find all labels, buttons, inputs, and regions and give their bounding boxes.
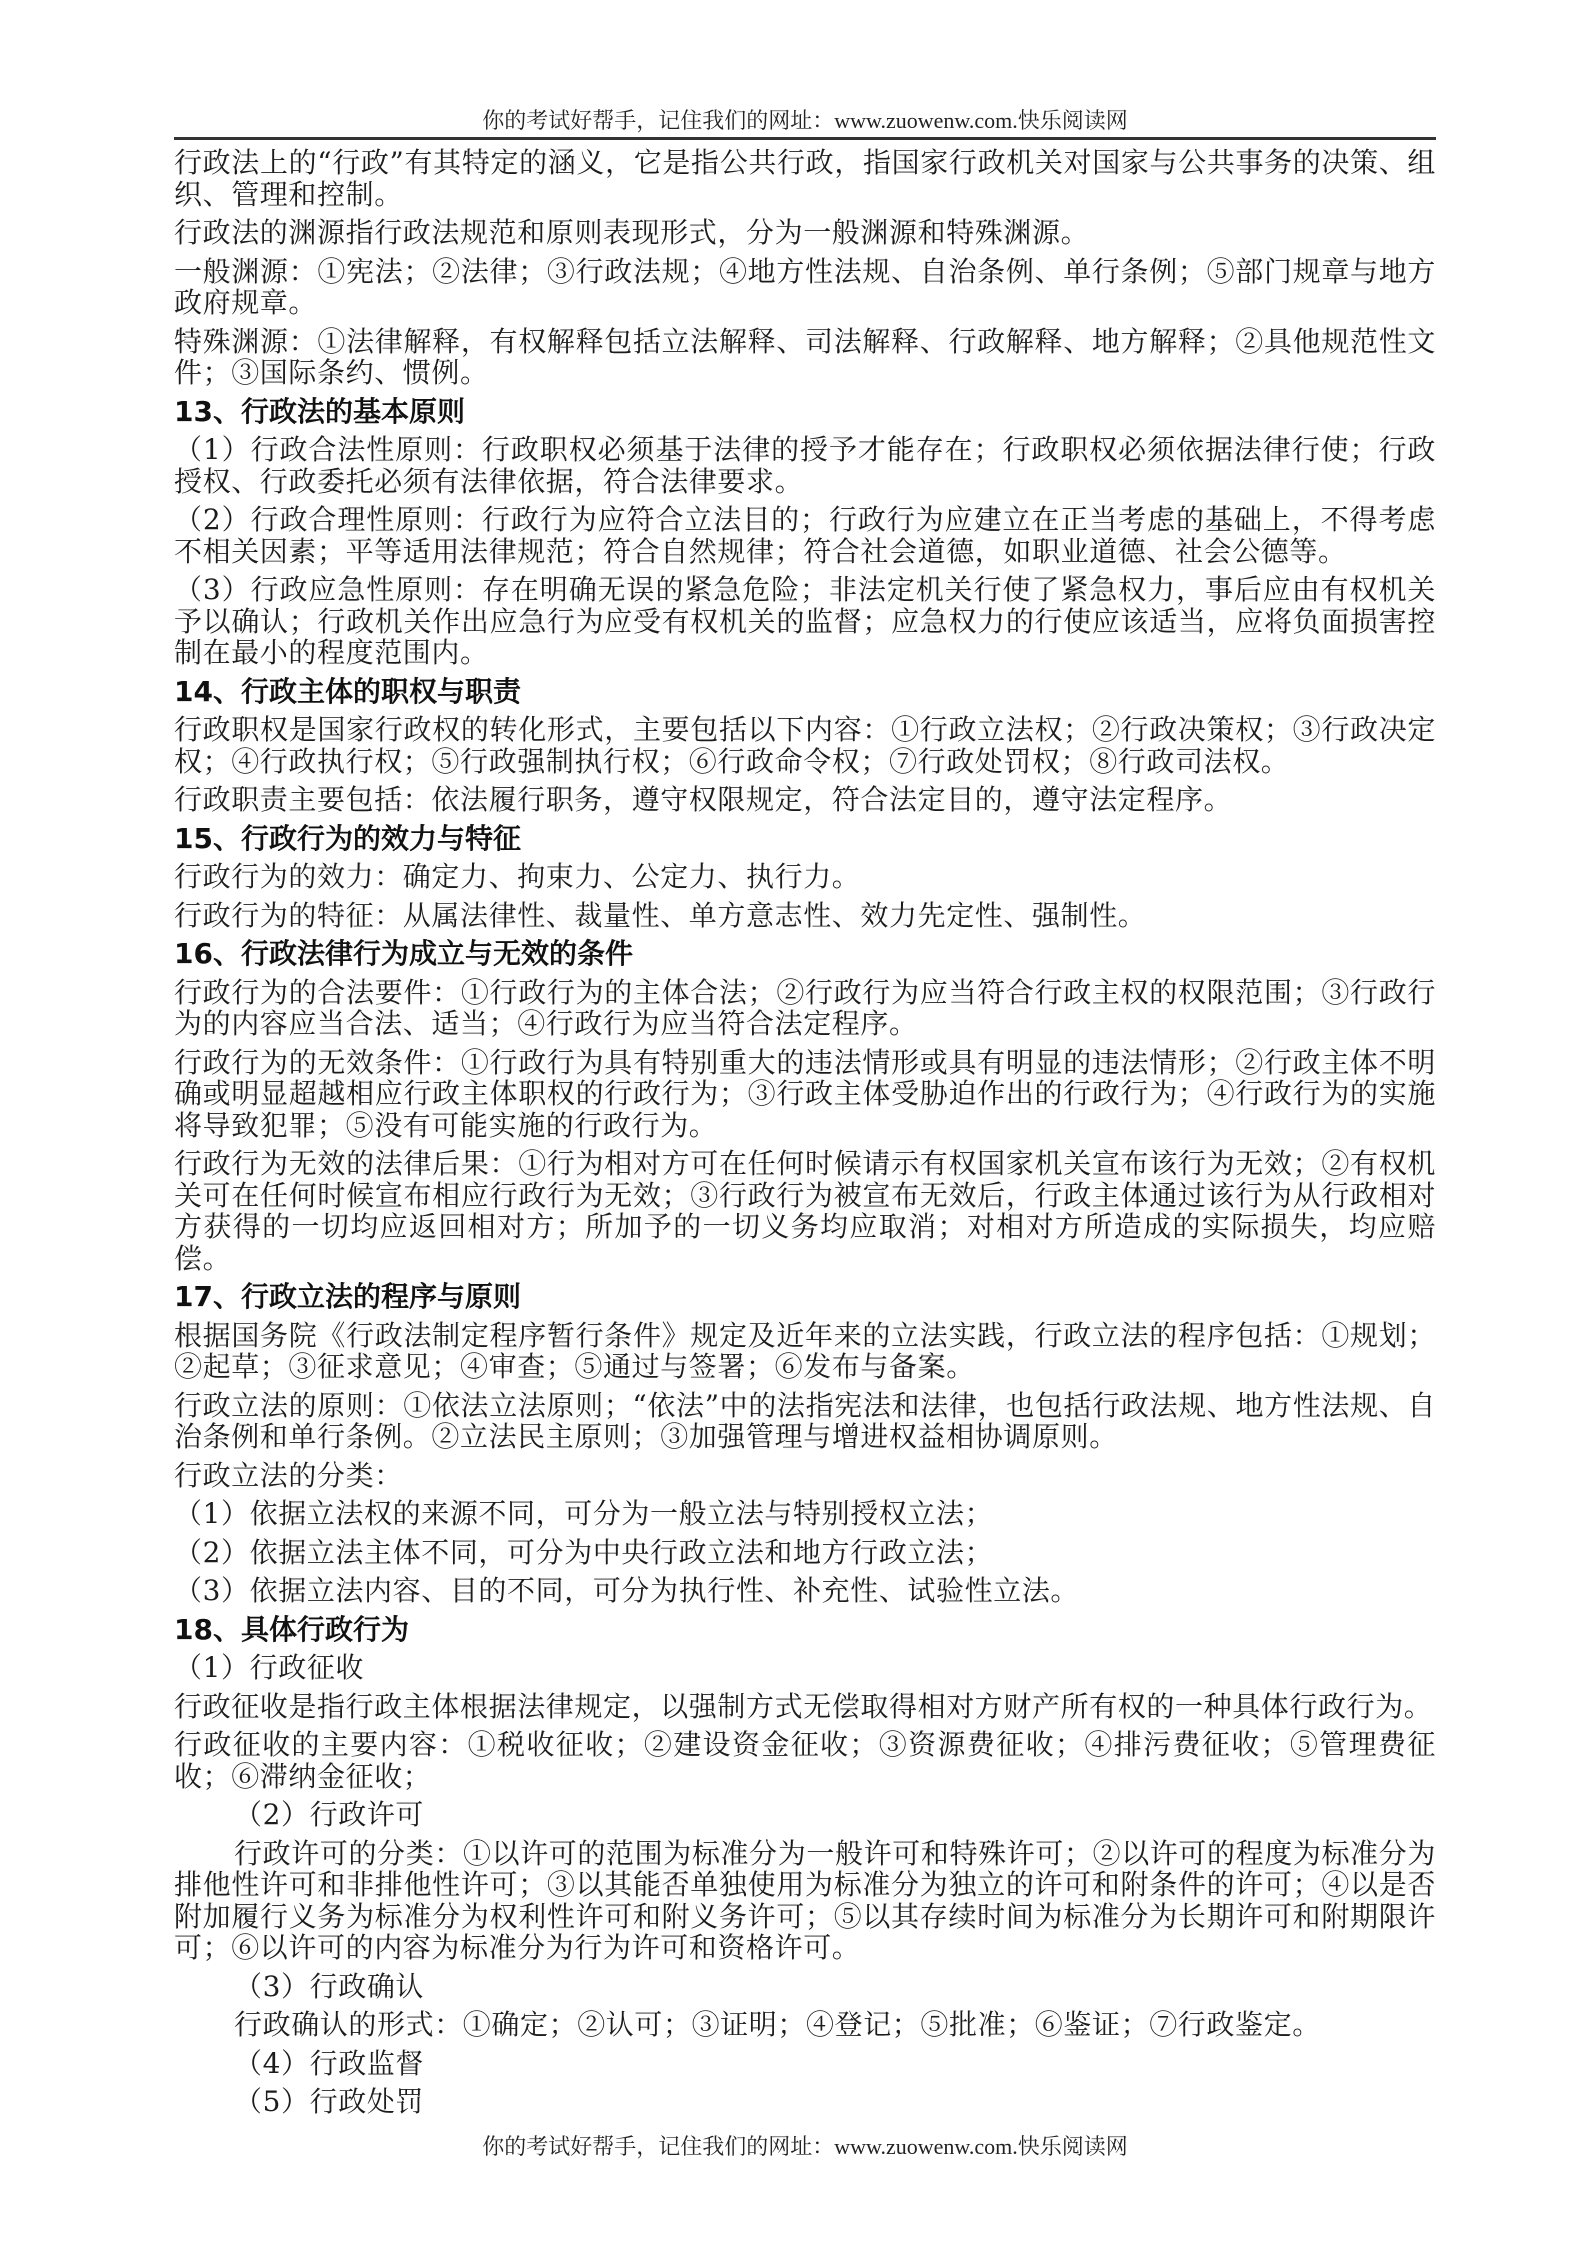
section-14-paragraph-1: 行政职权是国家行政权的转化形式，主要包括以下内容：①行政立法权；②行政决策权；③… (174, 714, 1436, 777)
section-heading-13: 13、行政法的基本原则 (174, 396, 1436, 428)
section-18-paragraph-3: 行政许可的分类：①以许可的范围为标准分为一般许可和特殊许可；②以许可的程度为标准… (174, 1838, 1436, 1964)
section-17-list-item-1: （1）依据立法权的来源不同，可分为一般立法与特别授权立法； (174, 1498, 1436, 1530)
section-18-paragraph-2: 行政征收的主要内容：①税收征收；②建设资金征收；③资源费征收；④排污费征收；⑤管… (174, 1729, 1436, 1792)
document-body: 行政法上的“行政”有其特定的涵义，它是指公共行政，指国家行政机关对国家与公共事务… (174, 147, 1436, 2125)
section-15-paragraph-2: 行政行为的特征：从属法律性、裁量性、单方意志性、效力先定性、强制性。 (174, 900, 1436, 932)
section-18-subheading-5: （5）行政处罚 (174, 2086, 1436, 2118)
section-18-paragraph-1: 行政征收是指行政主体根据法律规定，以强制方式无偿取得相对方财产所有权的一种具体行… (174, 1691, 1436, 1723)
section-17-paragraph-2: 行政立法的原则：①依法立法原则；“依法”中的法指宪法和法律，也包括行政法规、地方… (174, 1390, 1436, 1453)
section-heading-15: 15、行政行为的效力与特征 (174, 823, 1436, 855)
section-18-subheading-3: （3）行政确认 (174, 1971, 1436, 2003)
section-18-subheading-2: （2）行政许可 (174, 1799, 1436, 1831)
intro-paragraph-2: 行政法的渊源指行政法规范和原则表现形式，分为一般渊源和特殊渊源。 (174, 217, 1436, 249)
section-18-subheading-4: （4）行政监督 (174, 2048, 1436, 2080)
section-13-paragraph-1: （1）行政合法性原则：行政职权必须基于法律的授予才能存在；行政职权必须依据法律行… (174, 434, 1436, 497)
section-heading-16: 16、行政法律行为成立与无效的条件 (174, 938, 1436, 970)
section-16-paragraph-1: 行政行为的合法要件：①行政行为的主体合法；②行政行为应当符合行政主权的权限范围；… (174, 977, 1436, 1040)
section-16-paragraph-3: 行政行为无效的法律后果：①行为相对方可在任何时候请示有权国家机关宣布该行为无效；… (174, 1148, 1436, 1274)
section-18-paragraph-4: 行政确认的形式：①确定；②认可；③证明；④登记；⑤批准；⑥鉴证；⑦行政鉴定。 (174, 2009, 1436, 2041)
section-heading-14: 14、行政主体的职权与职责 (174, 676, 1436, 708)
intro-paragraph-4: 特殊渊源：①法律解释，有权解释包括立法解释、司法解释、行政解释、地方解释；②具他… (174, 326, 1436, 389)
page-footer: 你的考试好帮手，记住我们的网址：www.zuowenw.com.快乐阅读网 (174, 2132, 1436, 2162)
section-17-list-item-2: （2）依据立法主体不同，可分为中央行政立法和地方行政立法； (174, 1537, 1436, 1569)
section-13-paragraph-2: （2）行政合理性原则：行政行为应符合立法目的；行政行为应建立在正当考虑的基础上，… (174, 504, 1436, 567)
section-14-paragraph-2: 行政职责主要包括：依法履行职务，遵守权限规定，符合法定目的，遵守法定程序。 (174, 784, 1436, 816)
intro-paragraph-3: 一般渊源：①宪法；②法律；③行政法规；④地方性法规、自治条例、单行条例；⑤部门规… (174, 256, 1436, 319)
section-17-paragraph-3: 行政立法的分类： (174, 1460, 1436, 1492)
header-divider (174, 137, 1436, 140)
section-heading-17: 17、行政立法的程序与原则 (174, 1281, 1436, 1313)
section-heading-18: 18、具体行政行为 (174, 1614, 1436, 1646)
section-16-paragraph-2: 行政行为的无效条件：①行政行为具有特别重大的违法情形或具有明显的违法情形；②行政… (174, 1047, 1436, 1142)
page-header: 你的考试好帮手，记住我们的网址：www.zuowenw.com.快乐阅读网 (174, 106, 1436, 136)
section-18-subheading-1: （1）行政征收 (174, 1652, 1436, 1684)
section-17-paragraph-1: 根据国务院《行政法制定程序暂行条件》规定及近年来的立法实践，行政立法的程序包括：… (174, 1320, 1436, 1383)
section-13-paragraph-3: （3）行政应急性原则：存在明确无误的紧急危险；非法定机关行使了紧急权力，事后应由… (174, 574, 1436, 669)
section-15-paragraph-1: 行政行为的效力：确定力、拘束力、公定力、执行力。 (174, 861, 1436, 893)
section-17-list-item-3: （3）依据立法内容、目的不同，可分为执行性、补充性、试验性立法。 (174, 1575, 1436, 1607)
intro-paragraph-1: 行政法上的“行政”有其特定的涵义，它是指公共行政，指国家行政机关对国家与公共事务… (174, 147, 1436, 210)
